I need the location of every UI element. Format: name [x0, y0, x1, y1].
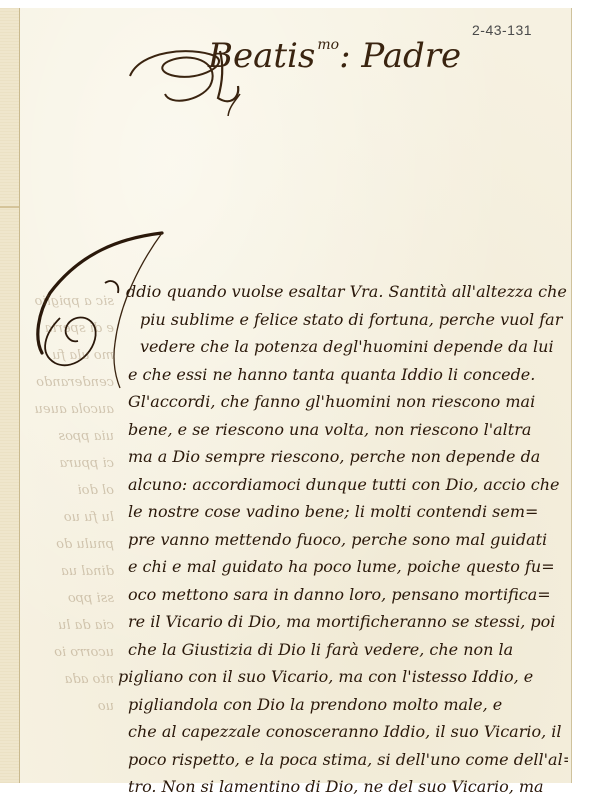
letter-line: Gl'accordi, che fanno gl'huomini non rie… — [118, 388, 568, 416]
letter-line: ma a Dio sempre riescono, perche non dep… — [118, 443, 568, 471]
bleed-line: ucorro io — [24, 639, 114, 666]
bleed-line: ol doi — [24, 477, 114, 504]
letter-line: re il Vicario di Dio, ma mortificheranno… — [118, 608, 568, 636]
letter-line: poco rispetto, e la poca stima, si dell'… — [118, 746, 568, 774]
bleed-line: lu fu uo — [24, 504, 114, 531]
salutation: Beatismo: Padre — [140, 36, 461, 76]
bleed-line: ci ppura — [24, 450, 114, 477]
bleed-through-text: sic a ppiglio e di speria mo ula fu cend… — [24, 288, 114, 720]
letter-line: bene, e se riescono una volta, non riesc… — [118, 416, 568, 444]
letter-line: piu sublime e felice stato di fortuna, p… — [118, 306, 568, 334]
bleed-line: nto ada — [24, 666, 114, 693]
letter-line: che la Giustizia di Dio li farà vedere, … — [118, 636, 568, 664]
bleed-line: dinal ua — [24, 558, 114, 585]
letter-line: pigliano con il suo Vicario, ma con l'is… — [118, 663, 568, 691]
bleed-line: cia da lu — [24, 612, 114, 639]
letter-line: che al capezzale conosceranno Iddio, il … — [118, 718, 568, 746]
salutation-suffix: : Padre — [339, 36, 461, 76]
bleed-line: e di speria — [24, 315, 114, 342]
bleed-line: pnulu do — [24, 531, 114, 558]
bleed-line: ssi ppo — [24, 585, 114, 612]
left-fold-strip — [0, 8, 20, 783]
catalog-number: 2-43-131 — [472, 22, 532, 38]
letter-line: le nostre cose vadino bene; li molti con… — [118, 498, 568, 526]
letter-line: alcuno: accordiamoci dunque tutti con Di… — [118, 471, 568, 499]
letter-line: vedere che la potenza degl'huomini depen… — [118, 333, 568, 361]
fold-crease — [0, 206, 19, 208]
letter-body: ddio quando vuolse esaltar Vra. Santità … — [118, 278, 568, 800]
bleed-line: uia ppos — [24, 423, 114, 450]
letter-line: oco mettono sara in danno loro, pensano … — [118, 581, 568, 609]
bleed-line: mo ula fu — [24, 342, 114, 369]
letter-line: pigliandola con Dio la prendono molto ma… — [118, 691, 568, 719]
bleed-line: sic a ppiglio — [24, 288, 114, 315]
bleed-line: uo — [24, 693, 114, 720]
letter-line: e chi e mal guidato ha poco lume, poiche… — [118, 553, 568, 581]
letter-line: pre vanno mettendo fuoco, perche sono ma… — [118, 526, 568, 554]
salutation-superscript: mo — [317, 37, 339, 53]
letter-line: e che essi ne hanno tanta quanta Iddio l… — [118, 361, 568, 389]
bleed-line: aucola aueu — [24, 396, 114, 423]
bleed-line: cenderando — [24, 369, 114, 396]
letter-line: tro. Non si lamentino di Dio, ne del suo… — [118, 773, 568, 800]
manuscript-page: 2-43-131 Beatismo: Padre sic a ppiglio e… — [0, 8, 572, 783]
salutation-text: Beatis — [208, 36, 315, 76]
letter-line: ddio quando vuolse esaltar Vra. Santità … — [118, 278, 568, 306]
